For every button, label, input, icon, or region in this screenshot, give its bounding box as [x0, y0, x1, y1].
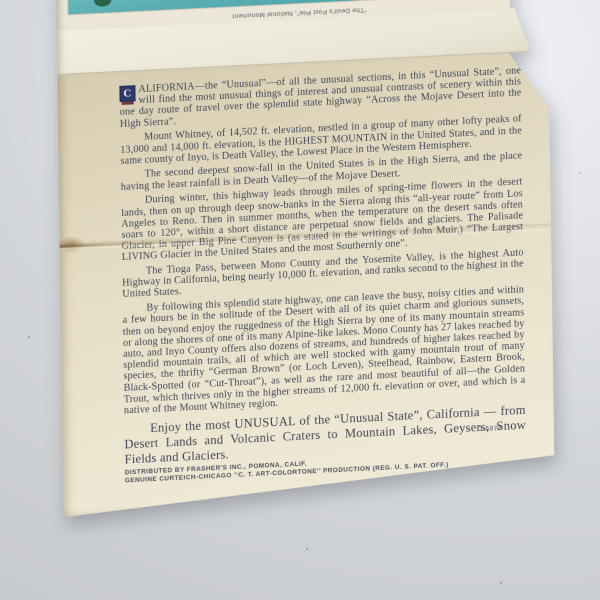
- paragraph-lakes-trout: By following this splendid state highway…: [122, 285, 525, 417]
- dust-speck: [306, 548, 308, 550]
- dropcap-letter: C: [123, 87, 131, 99]
- dust-speck: [28, 336, 30, 338]
- dust-speck: [579, 172, 581, 174]
- printed-text-panel: C ALIFORNIA—the “Unusual”—of all the unu…: [57, 51, 555, 517]
- table-background: “The Devil’s Post Pile”, National Monume…: [0, 0, 600, 600]
- print-code: D-5978: [477, 425, 502, 433]
- dust-speck: [500, 582, 502, 584]
- postcard-folder: “The Devil’s Post Pile”, National Monume…: [56, 0, 557, 517]
- dropcap-c-box: C: [119, 85, 135, 102]
